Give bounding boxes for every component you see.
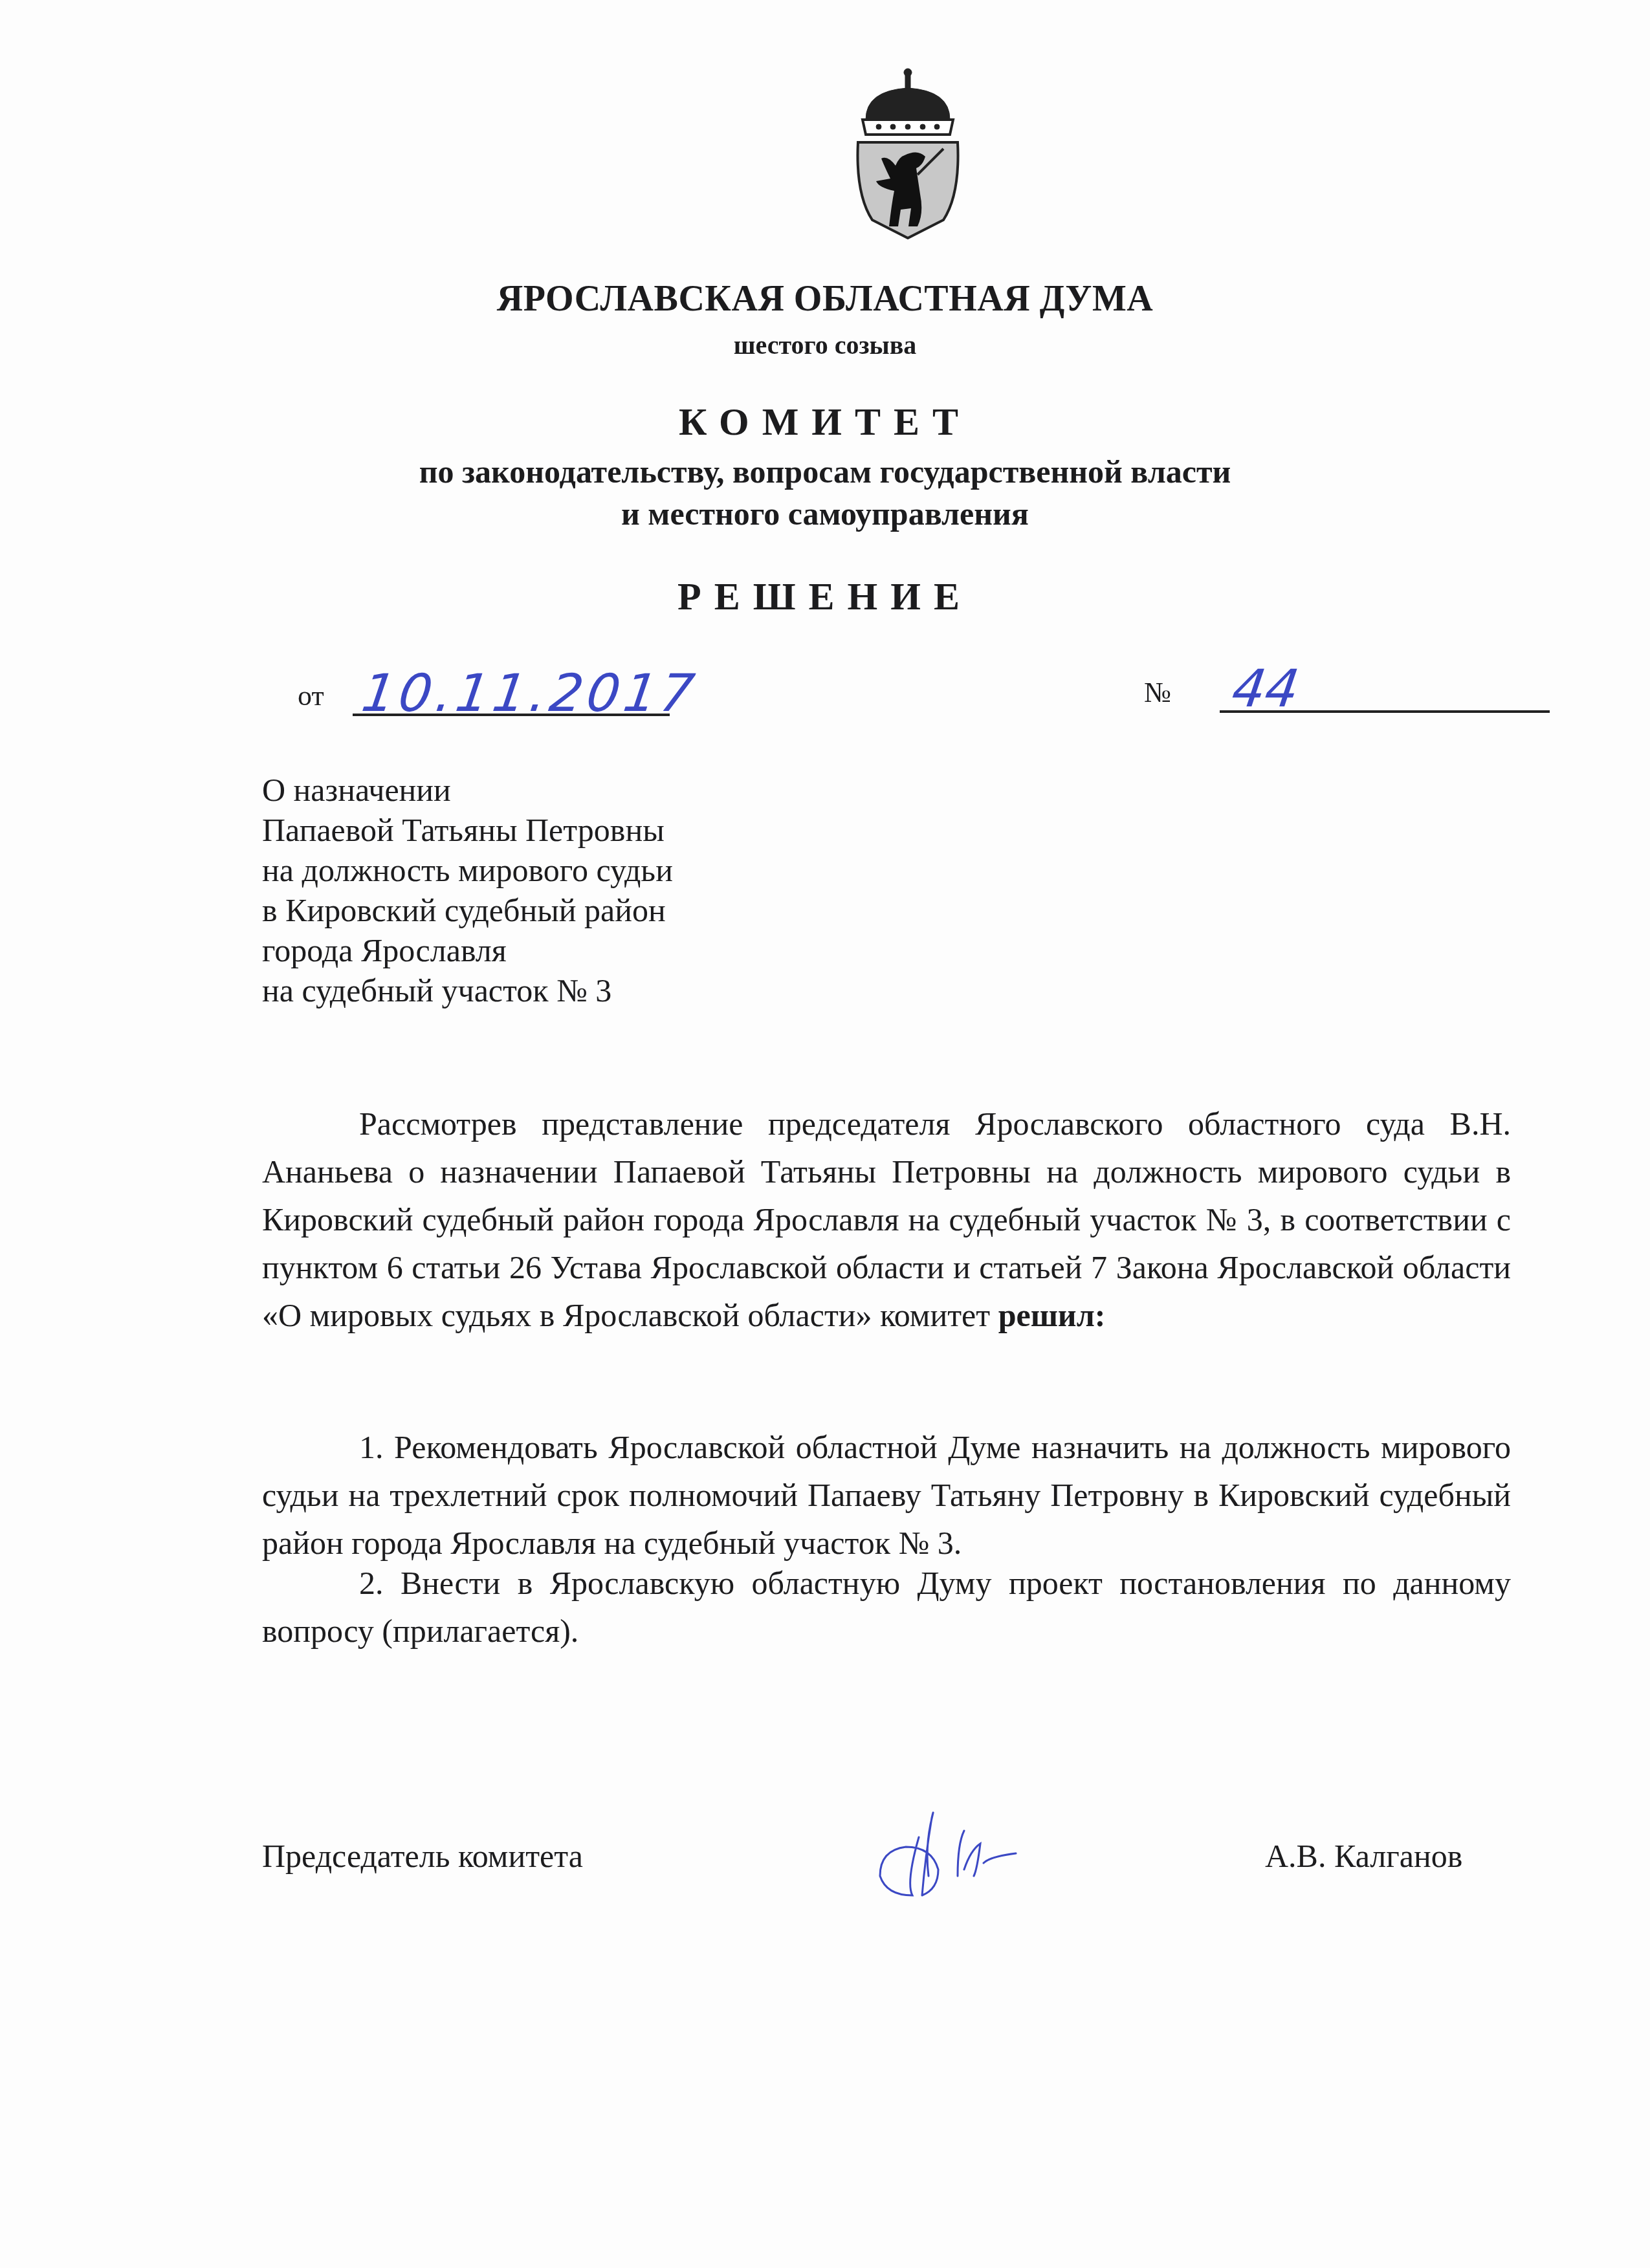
subject-line: в Кировский судебный район [262, 890, 673, 930]
signer-title: Председатель комитета [262, 1837, 583, 1875]
subject-line: города Ярославля [262, 930, 673, 970]
decision-item-1: 1. Рекомендовать Ярославской областной Д… [262, 1423, 1511, 1567]
decided-word: решил: [998, 1297, 1106, 1333]
date-handwritten: 10.11.2017 [358, 663, 701, 723]
decision-item-2: 2. Внести в Ярославскую областную Думу п… [262, 1559, 1511, 1655]
number-label: № [1144, 676, 1171, 709]
convocation: шестого созыва [0, 330, 1650, 360]
committee-subtitle-line2: и местного самоуправления [0, 495, 1650, 532]
document-type: РЕШЕНИЕ [0, 574, 1650, 619]
signer-name: А.В. Калганов [1265, 1837, 1462, 1875]
subject-line: О назначении [262, 770, 673, 810]
preamble-text: Рассмотрев представление председателя Яр… [262, 1106, 1511, 1333]
subject-line: на должность мирового судьи [262, 850, 673, 890]
committee-title: КОМИТЕТ [0, 400, 1650, 444]
subject-line: на судебный участок № 3 [262, 970, 673, 1010]
committee-subtitle-line1: по законодательству, вопросам государств… [0, 453, 1650, 490]
preamble-paragraph: Рассмотрев представление председателя Яр… [262, 1100, 1511, 1339]
organization-title: ЯРОСЛАВСКАЯ ОБЛАСТНАЯ ДУМА [0, 278, 1650, 320]
subject-block: О назначении Папаевой Татьяны Петровны н… [262, 770, 673, 1010]
handwritten-signature [861, 1798, 1042, 1908]
coat-of-arms-icon [853, 65, 963, 239]
number-handwritten: 44 [1228, 659, 1303, 719]
date-label: от [298, 679, 324, 712]
subject-line: Папаевой Татьяны Петровны [262, 810, 673, 850]
